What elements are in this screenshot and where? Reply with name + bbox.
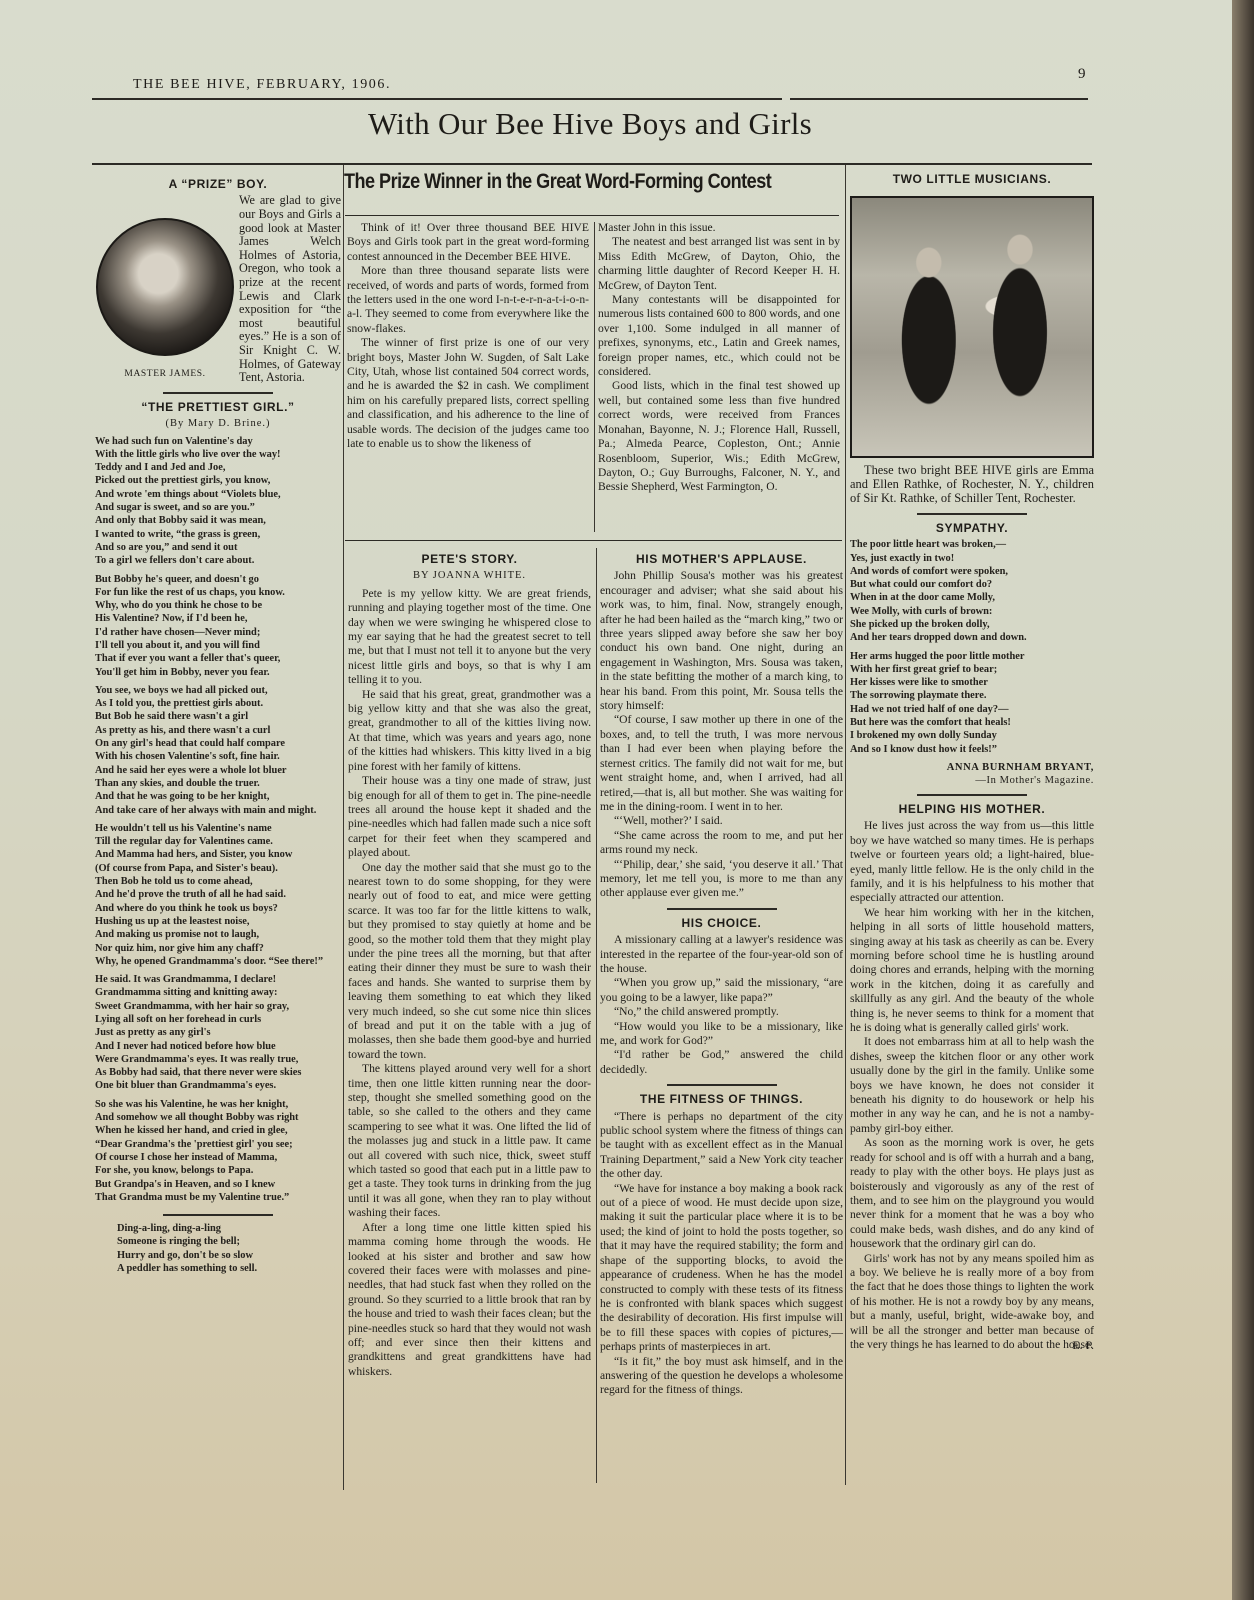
- poem-line: And making us promise not to laugh,: [95, 928, 341, 941]
- poem-line: But Grandpa's in Heaven, and so I knew: [95, 1178, 341, 1191]
- poem-line: Someone is ringing the bell;: [117, 1235, 341, 1248]
- poem-line: One bit bluer than Grandmamma's eyes.: [95, 1079, 341, 1092]
- prize-winner-headline: The Prize Winner in the Great Word-Formi…: [344, 170, 774, 194]
- paragraph: A missionary calling at a lawyer's resid…: [600, 933, 843, 976]
- poem-line: The sorrowing playmate there.: [850, 689, 1094, 702]
- poem-line: When he kissed her hand, and cried in gl…: [95, 1124, 341, 1137]
- poem-line: Teddy and I and Jed and Joe,: [95, 461, 341, 474]
- poem-line: And so I know dust how it feels!”: [850, 743, 1094, 756]
- poem-line: Just as pretty as any girl's: [95, 1026, 341, 1039]
- portrait-caption: MASTER JAMES.: [95, 368, 235, 382]
- column-3-lower: HIS MOTHER'S APPLAUSE. John Phillip Sous…: [600, 548, 843, 1398]
- poem-line: That if ever you want a feller that's qu…: [95, 652, 341, 665]
- poem-line: Why, who do you think he chose to be: [95, 599, 341, 612]
- stanza: Her arms hugged the poor little motherWi…: [850, 650, 1094, 756]
- poem-line: And words of comfort were spoken,: [850, 565, 1094, 578]
- poem-line: But what could our comfort do?: [850, 578, 1094, 591]
- paragraph: “Is it fit,” the boy must ask himself, a…: [600, 1355, 843, 1398]
- poem-line: Grandmamma sitting and knitting away:: [95, 986, 341, 999]
- poem-line: And Mamma had hers, and Sister, you know: [95, 848, 341, 861]
- paragraph: “There is perhaps no department of the c…: [600, 1110, 843, 1182]
- poem-line: Her arms hugged the poor little mother: [850, 650, 1094, 663]
- poem-line: So she was his Valentine, he was her kni…: [95, 1098, 341, 1111]
- prize-boy-text: We are glad to give our Boys and Girls a…: [239, 193, 341, 384]
- paragraph: Girls' work has not by any means spoiled…: [850, 1252, 1094, 1353]
- column-divider: [343, 165, 344, 1490]
- poem-line: For fun like the rest of us chaps, you k…: [95, 586, 341, 599]
- poem-line: And take care of her always with main an…: [95, 804, 341, 817]
- portrait-image: [96, 218, 234, 356]
- poem-line: I wanted to write, “the grass is green,: [95, 528, 341, 541]
- poem-line: And somehow we all thought Bobby was rig…: [95, 1111, 341, 1124]
- paragraph: Think of it! Over three thousand BEE HIV…: [347, 221, 589, 264]
- paragraph: Their house was a tiny one made of straw…: [348, 774, 591, 860]
- page-edge: [1232, 0, 1254, 1600]
- paragraph: One day the mother said that she must go…: [348, 861, 591, 1063]
- paragraph: “Of course, I saw mother up there in one…: [600, 713, 843, 814]
- running-head: THE BEE HIVE, FEBRUARY, 1906.: [133, 77, 391, 93]
- divider: [163, 1214, 273, 1216]
- paragraph: The winner of first prize is one of our …: [347, 336, 589, 451]
- poem-line: And only that Bobby said it was mean,: [95, 514, 341, 527]
- column-divider: [596, 548, 597, 1483]
- poem-line: But here was the comfort that heals!: [850, 716, 1094, 729]
- poem-line: Ding-a-ling, ding-a-ling: [117, 1222, 341, 1235]
- poem-line: He wouldn't tell us his Valentine's name: [95, 822, 341, 835]
- poem-line: Of course I chose her instead of Mamma,: [95, 1151, 341, 1164]
- poem-line: Had we not tried half of one day?—: [850, 703, 1094, 716]
- helping-mother-title: HELPING HIS MOTHER.: [850, 802, 1094, 816]
- divider: [917, 794, 1027, 796]
- divider: [667, 908, 777, 910]
- paragraph: The neatest and best arranged list was s…: [598, 235, 840, 293]
- paragraph: The kittens played around very well for …: [348, 1062, 591, 1220]
- poem-line: The poor little heart was broken,—: [850, 538, 1094, 551]
- section-rule: [92, 163, 1092, 165]
- poem-line: To a girl we fellers don't care about.: [95, 554, 341, 567]
- paragraph: After a long time one little kitten spie…: [348, 1221, 591, 1379]
- poem-line: His Valentine? Now, if I'd been he,: [95, 612, 341, 625]
- stanza: But Bobby he's queer, and doesn't goFor …: [95, 573, 341, 679]
- poem-line: Yes, just exactly in two!: [850, 552, 1094, 565]
- petes-story: PETE'S STORY. BY JOANNA WHITE. Pete is m…: [348, 548, 591, 1379]
- headline-rule: [345, 215, 839, 216]
- his-choice-title: HIS CHOICE.: [600, 916, 843, 930]
- header-rule: [92, 98, 1088, 100]
- paragraph: “‘Well, mother?’ I said.: [600, 814, 843, 828]
- column-1: A “PRIZE” BOY. MASTER JAMES. We are glad…: [95, 172, 341, 1280]
- helping-mother-body: He lives just across the way from us—thi…: [850, 819, 1094, 1352]
- master-james-photo: MASTER JAMES.: [95, 218, 235, 382]
- paragraph: Master John in this issue.: [598, 221, 840, 235]
- poem-line: Her kisses were like to smother: [850, 676, 1094, 689]
- paragraph: He lives just across the way from us—thi…: [850, 819, 1094, 905]
- poem-line: Than any skies, and double the truer.: [95, 777, 341, 790]
- divider: [917, 513, 1027, 515]
- musicians-photo: [850, 196, 1094, 458]
- poem-line: On any girl's head that could half compa…: [95, 737, 341, 750]
- poem-line: But Bobby he's queer, and doesn't go: [95, 573, 341, 586]
- prize-boy-title: A “PRIZE” BOY.: [95, 177, 341, 191]
- poem-line: A peddler has something to sell.: [117, 1262, 341, 1275]
- paragraph: As soon as the morning work is over, he …: [850, 1136, 1094, 1251]
- prize-winner-col-a: Think of it! Over three thousand BEE HIV…: [347, 221, 589, 452]
- paragraph: He said that his great, great, grandmoth…: [348, 688, 591, 774]
- petes-story-byline: BY JOANNA WHITE.: [348, 569, 591, 583]
- paragraph: More than three thousand separate lists …: [347, 264, 589, 336]
- stanza: He wouldn't tell us his Valentine's name…: [95, 822, 341, 968]
- mothers-applause-body: John Phillip Sousa's mother was his grea…: [600, 569, 843, 900]
- column-4: TWO LITTLE MUSICIANS. These two bright B…: [850, 168, 1094, 1353]
- prettiest-girl-title: “THE PRETTIEST GIRL.”: [95, 400, 341, 414]
- poem-line: You see, we boys we had all picked out,: [95, 684, 341, 697]
- paragraph: We hear him working with her in the kitc…: [850, 906, 1094, 1036]
- poem-line: Nor quiz him, nor give him any chaff?: [95, 942, 341, 955]
- poem-line: Lying all soft on her forehead in curls: [95, 1013, 341, 1026]
- poem-line: But Bob he said there wasn't a girl: [95, 710, 341, 723]
- stanza: We had such fun on Valentine's dayWith t…: [95, 435, 341, 568]
- paragraph: “We have for instance a boy making a boo…: [600, 1182, 843, 1355]
- poem-line: That Grandma must be my Valentine true.”: [95, 1191, 341, 1204]
- poem-line: Wee Molly, with curls of brown:: [850, 605, 1094, 618]
- poem-line: Sweet Grandmamma, with her hair so gray,: [95, 1000, 341, 1013]
- poem-line: As Bobby had said, that there never were…: [95, 1066, 341, 1079]
- paragraph: “How would you like to be a missionary, …: [600, 1020, 843, 1049]
- poem-line: And her tears dropped down and down.: [850, 631, 1094, 644]
- musicians-caption: These two bright BEE HIVE girls are Emma…: [850, 464, 1094, 505]
- paragraph: Pete is my yellow kitty. We are great fr…: [348, 587, 591, 688]
- poem-line: Then Bob he told us to come ahead,: [95, 875, 341, 888]
- petes-story-title: PETE'S STORY.: [348, 552, 591, 566]
- poem-line: With his chosen Valentine's soft, fine h…: [95, 750, 341, 763]
- poem-line: With her first great grief to bear;: [850, 663, 1094, 676]
- paragraph: Many contestants will be disappointed fo…: [598, 293, 840, 379]
- poem-line: And he said her eyes were a whole lot bl…: [95, 764, 341, 777]
- poem-line: He said. It was Grandmamma, I declare!: [95, 973, 341, 986]
- fitness-body: “There is perhaps no department of the c…: [600, 1110, 843, 1398]
- column-divider: [845, 165, 846, 1485]
- poem-line: Picked out the prettiest girls, you know…: [95, 474, 341, 487]
- poem-line: With the little girls who live over the …: [95, 448, 341, 461]
- sympathy-author: ANNA BURNHAM BRYANT,: [850, 761, 1094, 774]
- stanza: So she was his Valentine, he was her kni…: [95, 1098, 341, 1204]
- poem-line: And that he was going to be her knight,: [95, 790, 341, 803]
- sympathy-source: —In Mother's Magazine.: [850, 774, 1094, 787]
- poem-line: “Dear Grandma's the 'prettiest girl' you…: [95, 1138, 341, 1151]
- stanza: The poor little heart was broken,—Yes, j…: [850, 538, 1094, 644]
- paragraph: It does not embarrass him at all to help…: [850, 1035, 1094, 1136]
- poem-line: For she, you know, belongs to Papa.: [95, 1164, 341, 1177]
- his-choice-body: A missionary calling at a lawyer's resid…: [600, 933, 843, 1077]
- sympathy-title: SYMPATHY.: [850, 521, 1094, 535]
- paragraph: “No,” the child answered promptly.: [600, 1005, 843, 1019]
- poem-line: As I told you, the prettiest girls about…: [95, 697, 341, 710]
- poem-line: And so are you,” and send it out: [95, 541, 341, 554]
- page-number: 9: [1078, 66, 1086, 83]
- prettiest-girl-poem: We had such fun on Valentine's dayWith t…: [95, 435, 341, 1205]
- poem-line: I'd rather have chosen—Never mind;: [95, 626, 341, 639]
- stanza: Ding-a-ling, ding-a-lingSomeone is ringi…: [117, 1222, 341, 1275]
- prize-winner-col-b: Master John in this issue.The neatest an…: [598, 221, 840, 495]
- poem-line: When in at the door came Molly,: [850, 591, 1094, 604]
- fitness-title: THE FITNESS OF THINGS.: [600, 1092, 843, 1106]
- poem-line: I brokened my own dolly Sunday: [850, 729, 1094, 742]
- poem-line: Hurry and go, don't be so slow: [117, 1249, 341, 1262]
- poem-line: You'll get him in Bobby, never you fear.: [95, 666, 341, 679]
- paragraph: “‘Philip, dear,’ she said, ‘you deserve …: [600, 858, 843, 901]
- prettiest-girl-byline: (By Mary D. Brine.): [95, 417, 341, 431]
- petes-story-body: Pete is my yellow kitty. We are great fr…: [348, 587, 591, 1379]
- divider: [345, 540, 842, 541]
- poem-line: And sugar is sweet, and so are you.”: [95, 501, 341, 514]
- poem-line: She picked up the broken dolly,: [850, 618, 1094, 631]
- paragraph: Good lists, which in the final test show…: [598, 379, 840, 494]
- section-title: With Our Bee Hive Boys and Girls: [0, 106, 1180, 142]
- poem-line: Hushing us up at the leastest noise,: [95, 915, 341, 928]
- stanza: He said. It was Grandmamma, I declare!Gr…: [95, 973, 341, 1093]
- paragraph: “When you grow up,” said the missionary,…: [600, 976, 843, 1005]
- poem-line: Why, he opened Grandmamma's door. “See t…: [95, 955, 341, 968]
- prize-boy-article: MASTER JAMES. We are glad to give our Bo…: [95, 194, 341, 384]
- two-musicians-title: TWO LITTLE MUSICIANS.: [850, 172, 1094, 186]
- poem-line: And he'd prove the truth of all he had s…: [95, 888, 341, 901]
- stanza: You see, we boys we had all picked out,A…: [95, 684, 341, 817]
- poem-line: Till the regular day for Valentines came…: [95, 835, 341, 848]
- newspaper-page: THE BEE HIVE, FEBRUARY, 1906. 9 With Our…: [0, 0, 1232, 1600]
- divider: [667, 1084, 777, 1086]
- divider: [163, 392, 273, 394]
- sympathy-poem: The poor little heart was broken,—Yes, j…: [850, 538, 1094, 756]
- poem-line: And where do you think he took us boys?: [95, 902, 341, 915]
- poem-line: And I never had noticed before how blue: [95, 1040, 341, 1053]
- poem-line: (Of course from Papa, and Sister's beau)…: [95, 862, 341, 875]
- poem-line: I'll tell you about it, and you will fin…: [95, 639, 341, 652]
- paragraph: John Phillip Sousa's mother was his grea…: [600, 569, 843, 713]
- mothers-applause-title: HIS MOTHER'S APPLAUSE.: [600, 552, 843, 566]
- paragraph: “She came across the room to me, and put…: [600, 829, 843, 858]
- poem-line: As pretty as his, and there wasn't a cur…: [95, 724, 341, 737]
- poem-line: And wrote 'em things about “Violets blue…: [95, 488, 341, 501]
- column-divider: [594, 222, 595, 532]
- poem-line: Were Grandmamma's eyes. It was really tr…: [95, 1053, 341, 1066]
- poem-line: We had such fun on Valentine's day: [95, 435, 341, 448]
- ding-a-ling-verse: Ding-a-ling, ding-a-lingSomeone is ringi…: [95, 1222, 341, 1275]
- paragraph: “I'd rather be God,” answered the child …: [600, 1048, 843, 1077]
